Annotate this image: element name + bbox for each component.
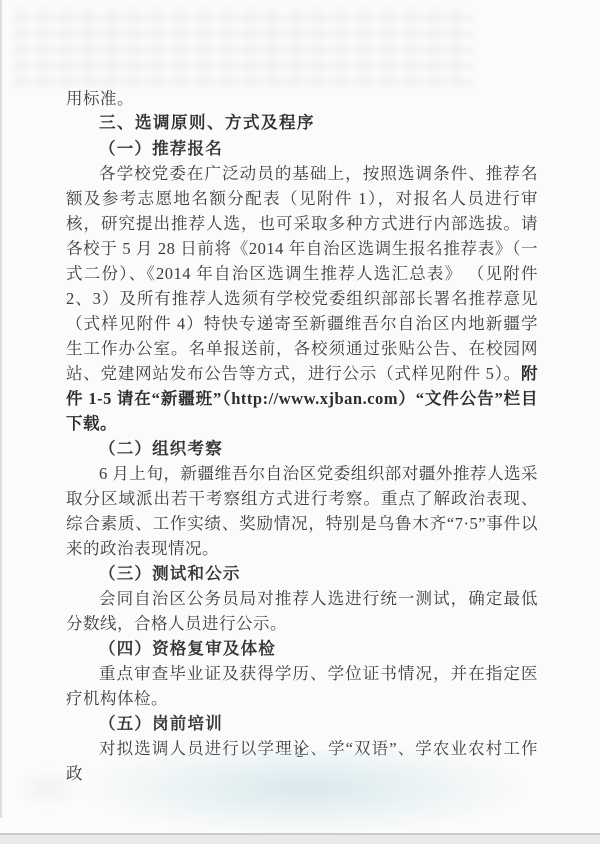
section-heading-level1: 三、选调原则、方式及程序: [66, 111, 538, 136]
scan-smudge: [18, 768, 78, 808]
document-body: 用标准。 三、选调原则、方式及程序 （一）推荐报名 各学校党委在广泛动员的基础上…: [66, 86, 538, 786]
watermark-blob: [85, 750, 525, 834]
bleed-through-ghosting: [14, 6, 474, 86]
paragraph-recommendation: 各学校党委在广泛动员的基础上，按照选调条件、推荐名额及参考志愿地名额分配表（见附…: [66, 161, 538, 436]
subsection-heading-3: （三）测试和公示: [66, 561, 538, 586]
scanned-document-page: 用标准。 三、选调原则、方式及程序 （一）推荐报名 各学校党委在广泛动员的基础上…: [0, 0, 600, 844]
scan-left-edge: [0, 0, 3, 818]
paragraph-continuation: 用标准。: [66, 86, 538, 111]
subsection-heading-1: （一）推荐报名: [66, 136, 538, 161]
scan-bottom-edge: [0, 833, 600, 844]
paragraph-review-physical: 重点审查毕业证及获得学历、学位证书情况，并在指定医疗机构体检。: [66, 661, 538, 711]
paragraph-inspection: 6 月上旬，新疆维吾尔自治区党委组织部对疆外推荐人选采取分区域派出若干考察组方式…: [66, 461, 538, 561]
subsection-heading-4: （四）资格复审及体检: [66, 636, 538, 661]
subsection-heading-5: （五）岗前培训: [66, 711, 538, 736]
paragraph-text: 各学校党委在广泛动员的基础上，按照选调条件、推荐名额及参考志愿地名额分配表（见附…: [66, 164, 538, 383]
subsection-heading-2: （二）组织考察: [66, 436, 538, 461]
paragraph-testing: 会同自治区公务员局对推荐人选进行统一测试，确定最低分数线，合格人员进行公示。: [66, 586, 538, 636]
